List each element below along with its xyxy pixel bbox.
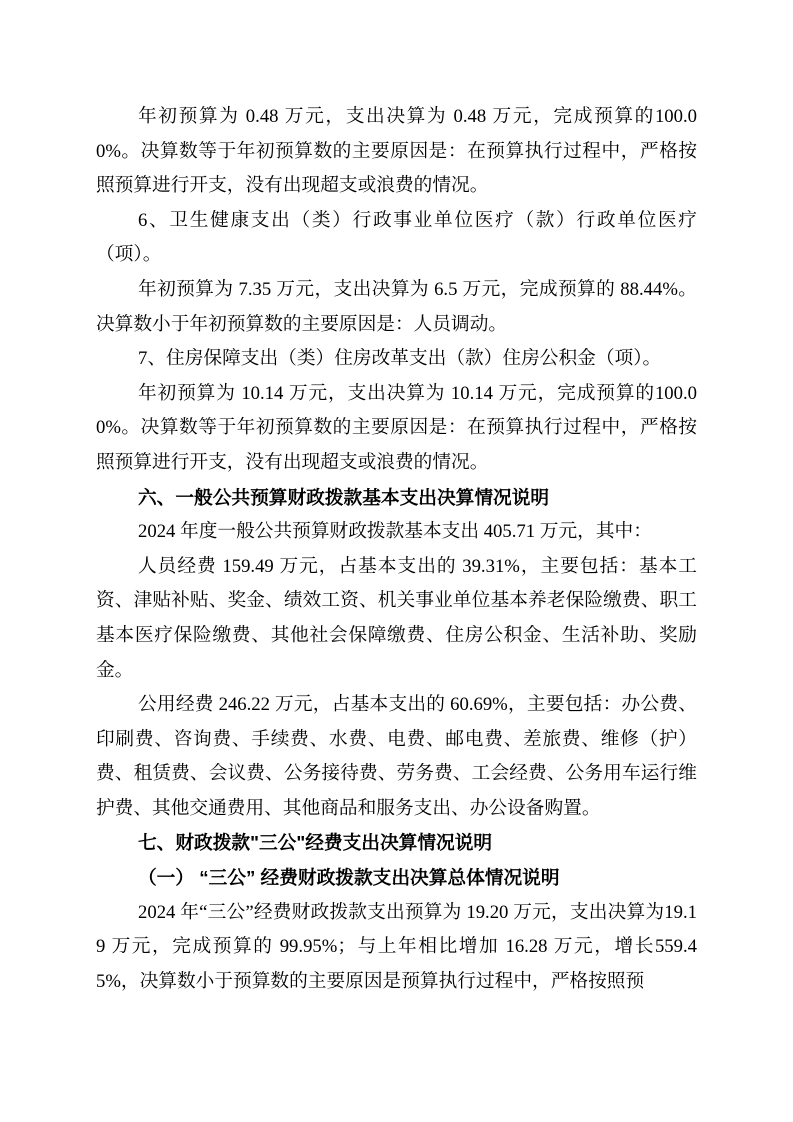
heading-section-7: 七、财政拨款"三公"经费支出决算情况说明	[96, 826, 697, 861]
para-basic-expenditure-total: 2024 年度一般公共预算财政拨款基本支出 405.71 万元，其中：	[96, 515, 697, 550]
para-personnel-funds: 人员经费 159.49 万元，占基本支出的 39.31%，主要包括：基本工资、津…	[96, 550, 697, 688]
document-content: 年初预算为 0.48 万元，支出决算为 0.48 万元，完成预算的100.00%…	[0, 0, 793, 999]
para-item-7-title: 7、住房保障支出（类）住房改革支出（款）住房公积金（项）。	[96, 342, 697, 377]
para-item-6-title: 6、卫生健康支出（类）行政事业单位医疗（款）行政单位医疗（项）。	[96, 204, 697, 273]
para-prev-item-detail: 年初预算为 0.48 万元，支出决算为 0.48 万元，完成预算的100.00%…	[96, 100, 697, 204]
para-three-public-overview: 2024 年“三公”经费财政拨款支出预算为 19.20 万元，支出决算为19.1…	[96, 896, 697, 1000]
document-page: 年初预算为 0.48 万元，支出决算为 0.48 万元，完成预算的100.00%…	[0, 0, 793, 1122]
heading-section-7-1: （一） “三公” 经费财政拨款支出决算总体情况说明	[96, 861, 697, 896]
heading-section-6: 六、一般公共预算财政拨款基本支出决算情况说明	[96, 481, 697, 516]
para-item-7-detail: 年初预算为 10.14 万元，支出决算为 10.14 万元，完成预算的100.0…	[96, 377, 697, 481]
para-public-funds: 公用经费 246.22 万元，占基本支出的 60.69%，主要包括：办公费、印刷…	[96, 688, 697, 826]
para-item-6-detail: 年初预算为 7.35 万元，支出决算为 6.5 万元，完成预算的 88.44%。…	[96, 273, 697, 342]
